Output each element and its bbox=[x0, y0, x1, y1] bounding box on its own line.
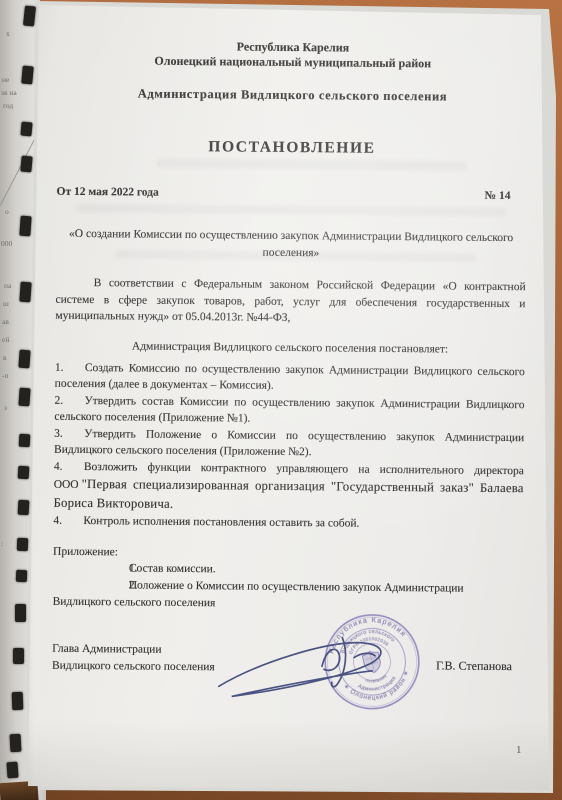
edge-text-fragment: х bbox=[6, 30, 10, 38]
document-date: От 12 мая 2022 года bbox=[56, 184, 158, 201]
attachments-section: Приложение: 1.Состав комиссии. 2.Положен… bbox=[53, 543, 524, 615]
edge-text-fragment: год bbox=[3, 102, 13, 110]
item-text: Создать Комиссию по осуществлению закупо… bbox=[55, 362, 525, 392]
binding-mark bbox=[18, 388, 30, 407]
header-organization: Администрация Видлицкого сельского посел… bbox=[57, 85, 527, 106]
binding-mark bbox=[18, 500, 30, 516]
header-district: Олонецкий национальный муниципальный рай… bbox=[58, 53, 528, 73]
edge-text-fragment: па bbox=[4, 282, 11, 290]
resolution-lead-in: Администрация Видлицкого сельского посел… bbox=[55, 337, 525, 358]
ink-bleed-smudge bbox=[157, 159, 467, 171]
attachment-number: 1. bbox=[91, 560, 129, 577]
resolution-item-5: 4.Контроль исполнения постановления оста… bbox=[53, 513, 523, 534]
binding-mark bbox=[19, 434, 31, 448]
preamble-paragraph: В соответствии с Федеральным законом Рос… bbox=[55, 275, 525, 329]
item-number: 4. bbox=[53, 513, 83, 530]
item-text: Утвердить Положение о Комиссии по осущес… bbox=[54, 428, 524, 459]
edge-text-fragment: ав bbox=[2, 318, 9, 326]
binding-mark bbox=[21, 66, 34, 85]
binding-mark bbox=[19, 216, 31, 237]
resolution-item-1: 1.Создать Комиссию по осуществлению заку… bbox=[55, 359, 525, 397]
edge-text-fragment: з bbox=[4, 404, 7, 412]
resolution-item-4: 4.Возложить функции контрактного управля… bbox=[53, 458, 524, 517]
photo-of-document: { "document": { "header": { "line1": "Ре… bbox=[0, 0, 562, 800]
document-content: Республика Карелия Олонецкий национальны… bbox=[51, 38, 528, 780]
item-number: 1. bbox=[55, 359, 85, 376]
binding-mark bbox=[6, 762, 18, 779]
item-text: Утвердить состав Комиссии по осуществлен… bbox=[54, 395, 524, 425]
binding-mark bbox=[18, 350, 30, 369]
binding-mark bbox=[16, 570, 27, 582]
signature-block: Глава Администрации Видлицкого сельского… bbox=[51, 640, 522, 780]
binding-mark bbox=[18, 466, 30, 480]
binding-mark bbox=[10, 734, 22, 753]
ink-bleed-smudge bbox=[76, 204, 506, 216]
binding-mark bbox=[23, 5, 36, 26]
item-number: 2. bbox=[54, 392, 84, 409]
binding-mark bbox=[12, 692, 24, 710]
resolution-item-2: 2.Утвердить состав Комиссии по осуществл… bbox=[54, 392, 524, 430]
item-text: Контроль исполнения постановления остави… bbox=[83, 515, 359, 530]
document-type-title: ПОСТАНОВЛЕНИЕ bbox=[57, 138, 527, 159]
item-text-inserted: "Первая специализированная организация "… bbox=[53, 477, 523, 511]
resolution-items: 1.Создать Комиссию по осуществлению заку… bbox=[53, 359, 525, 534]
attachment-number: 2. bbox=[91, 577, 129, 594]
binding-mark bbox=[15, 604, 26, 622]
page-number: 1 bbox=[516, 744, 522, 756]
binding-mark bbox=[19, 282, 31, 303]
binding-mark bbox=[13, 648, 24, 664]
binding-mark bbox=[20, 156, 32, 173]
edge-text-fragment: в bbox=[3, 354, 7, 362]
binding-mark bbox=[20, 122, 32, 137]
edge-text-fragment: : bbox=[1, 540, 3, 548]
handwritten-signature bbox=[214, 630, 415, 712]
signer-name: Г.В. Степанова bbox=[436, 657, 512, 674]
item-number: 3. bbox=[54, 425, 84, 442]
date-number-row: От 12 мая 2022 года № 14 bbox=[56, 184, 526, 205]
edge-text-fragment: -п bbox=[2, 372, 9, 380]
document-page: Республика Карелия Олонецкий национальны… bbox=[0, 0, 562, 800]
edge-text-fragment: о bbox=[5, 208, 9, 216]
document-number: № 14 bbox=[484, 188, 510, 204]
binding-mark bbox=[17, 538, 28, 551]
resolution-item-3: 3.Утвердить Положение о Комиссии по осущ… bbox=[54, 425, 524, 463]
edge-text-fragment: 000 bbox=[1, 240, 12, 248]
attachment-text: Состав комиссии. bbox=[129, 562, 216, 575]
item-number: 4. bbox=[54, 458, 84, 475]
edge-text-fragment: не bbox=[2, 76, 9, 84]
attachment-item-2: 2.Положение о Комиссии по осуществлению … bbox=[53, 576, 523, 615]
edge-text-fragment: ей bbox=[2, 336, 9, 344]
edge-text-fragment: ш bbox=[3, 300, 9, 308]
edge-text-fragment: зв на bbox=[1, 89, 17, 97]
